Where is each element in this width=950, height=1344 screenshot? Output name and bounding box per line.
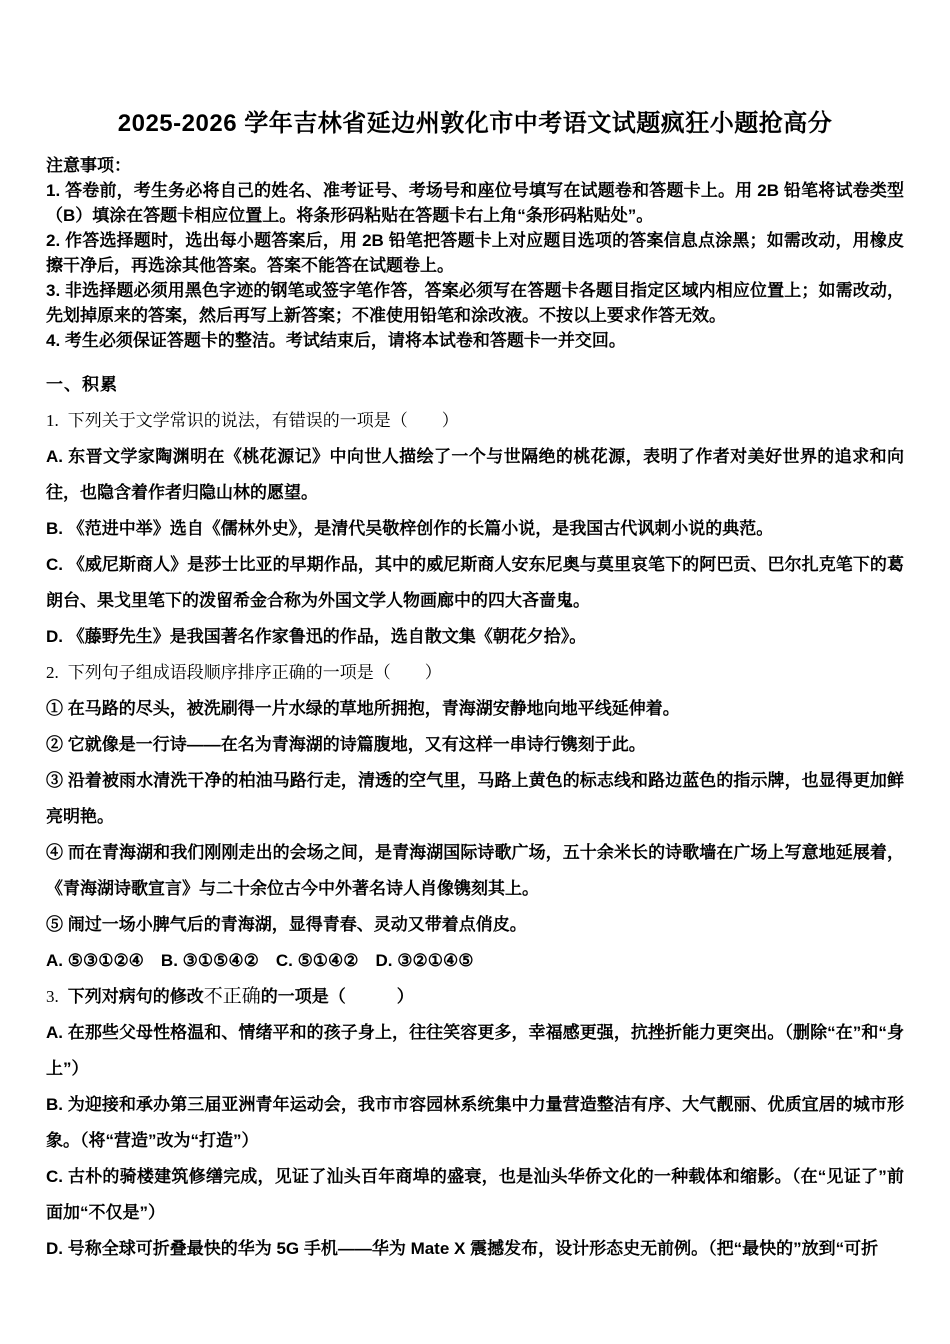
question-2-sentence-1: ① 在马路的尽头，被洗刷得一片水绿的草地所拥抱，青海湖安静地向地平线延伸着。 — [46, 691, 904, 727]
question-1-number: 1. — [46, 411, 59, 430]
question-3-option-d: D. 号称全球可折叠最快的华为 5G 手机——华为 Mate X 震撼发布，设计… — [46, 1231, 904, 1267]
notice-item-1: 1. 答卷前，考生务必将自己的姓名、准考证号、考场号和座位号填写在试题卷和答题卡… — [46, 178, 904, 228]
question-2-stem-text: 下列句子组成语段顺序排序正确的一项是（ ） — [68, 663, 442, 682]
question-2-number: 2. — [46, 663, 59, 682]
question-1: 1.下列关于文学常识的说法，有错误的一项是（ ） A. 东晋文学家陶渊明在《桃花… — [46, 403, 904, 655]
notice-section: 注意事项： 1. 答卷前，考生务必将自己的姓名、准考证号、考场号和座位号填写在试… — [46, 153, 904, 353]
question-2-sentence-4: ④ 而在青海湖和我们刚刚走出的会场之间，是青海湖国际诗歌广场，五十余米长的诗歌墙… — [46, 835, 904, 907]
question-3-number: 3. — [46, 987, 59, 1006]
question-3-option-b: B. 为迎接和承办第三届亚洲青年运动会，我市市容园林系统集中力量营造整洁有序、大… — [46, 1087, 904, 1159]
question-3-stem-emphasis: 不正确 — [204, 986, 261, 1007]
question-3-stem: 3.下列对病句的修改不正确的一项是（ ） — [46, 979, 904, 1015]
question-3: 3.下列对病句的修改不正确的一项是（ ） A. 在那些父母性格温和、情绪平和的孩… — [46, 979, 904, 1267]
question-3-stem-prefix: 下列对病句的修改 — [68, 987, 204, 1006]
question-2-sentence-2: ② 它就像是一行诗——在名为青海湖的诗篇腹地，又有这样一串诗行镌刻于此。 — [46, 727, 904, 763]
notice-heading: 注意事项： — [46, 153, 904, 178]
notice-item-4: 4. 考生必须保证答题卡的整洁。考试结束后，请将本试卷和答题卡一并交回。 — [46, 328, 904, 353]
question-2: 2.下列句子组成语段顺序排序正确的一项是（ ） ① 在马路的尽头，被洗刷得一片水… — [46, 655, 904, 979]
question-3-option-a: A. 在那些父母性格温和、情绪平和的孩子身上，往往笑容更多，幸福感更强，抗挫折能… — [46, 1015, 904, 1087]
questions-section: 一、积累 1.下列关于文学常识的说法，有错误的一项是（ ） A. 东晋文学家陶渊… — [46, 367, 904, 1267]
section-heading: 一、积累 — [46, 367, 904, 403]
question-1-stem-text: 下列关于文学常识的说法，有错误的一项是（ ） — [68, 411, 459, 430]
notice-item-2: 2. 作答选择题时，选出每小题答案后，用 2B 铅笔把答题卡上对应题目选项的答案… — [46, 228, 904, 278]
question-1-option-c: C. 《威尼斯商人》是莎士比亚的早期作品，其中的威尼斯商人安东尼奥与莫里哀笔下的… — [46, 547, 904, 619]
question-1-stem: 1.下列关于文学常识的说法，有错误的一项是（ ） — [46, 403, 904, 439]
question-2-stem: 2.下列句子组成语段顺序排序正确的一项是（ ） — [46, 655, 904, 691]
notice-item-3: 3. 非选择题必须用黑色字迹的钢笔或签字笔作答，答案必须写在答题卡各题目指定区域… — [46, 278, 904, 328]
question-1-option-b: B. 《范进中举》选自《儒林外史》，是清代吴敬梓创作的长篇小说，是我国古代讽刺小… — [46, 511, 904, 547]
question-2-sentence-3: ③ 沿着被雨水清洗干净的柏油马路行走，清透的空气里，马路上黄色的标志线和路边蓝色… — [46, 763, 904, 835]
question-1-option-d: D. 《藤野先生》是我国著名作家鲁迅的作品，选自散文集《朝花夕拾》。 — [46, 619, 904, 655]
question-3-option-c: C. 古朴的骑楼建筑修缮完成，见证了汕头百年商埠的盛衰，也是汕头华侨文化的一种载… — [46, 1159, 904, 1231]
question-2-answer-options: A. ⑤③①②④ B. ③①⑤④② C. ⑤①④② D. ③②①④⑤ — [46, 943, 904, 979]
question-3-stem-suffix: 的一项是（ ） — [261, 987, 414, 1006]
question-1-option-a: A. 东晋文学家陶渊明在《桃花源记》中向世人描绘了一个与世隔绝的桃花源，表明了作… — [46, 439, 904, 511]
page-title: 2025-2026 学年吉林省延边州敦化市中考语文试题疯狂小题抢高分 — [46, 108, 904, 140]
exam-paper-page: 2025-2026 学年吉林省延边州敦化市中考语文试题疯狂小题抢高分 注意事项：… — [0, 0, 950, 1344]
question-2-sentence-5: ⑤ 闹过一场小脾气后的青海湖，显得青春、灵动又带着点俏皮。 — [46, 907, 904, 943]
